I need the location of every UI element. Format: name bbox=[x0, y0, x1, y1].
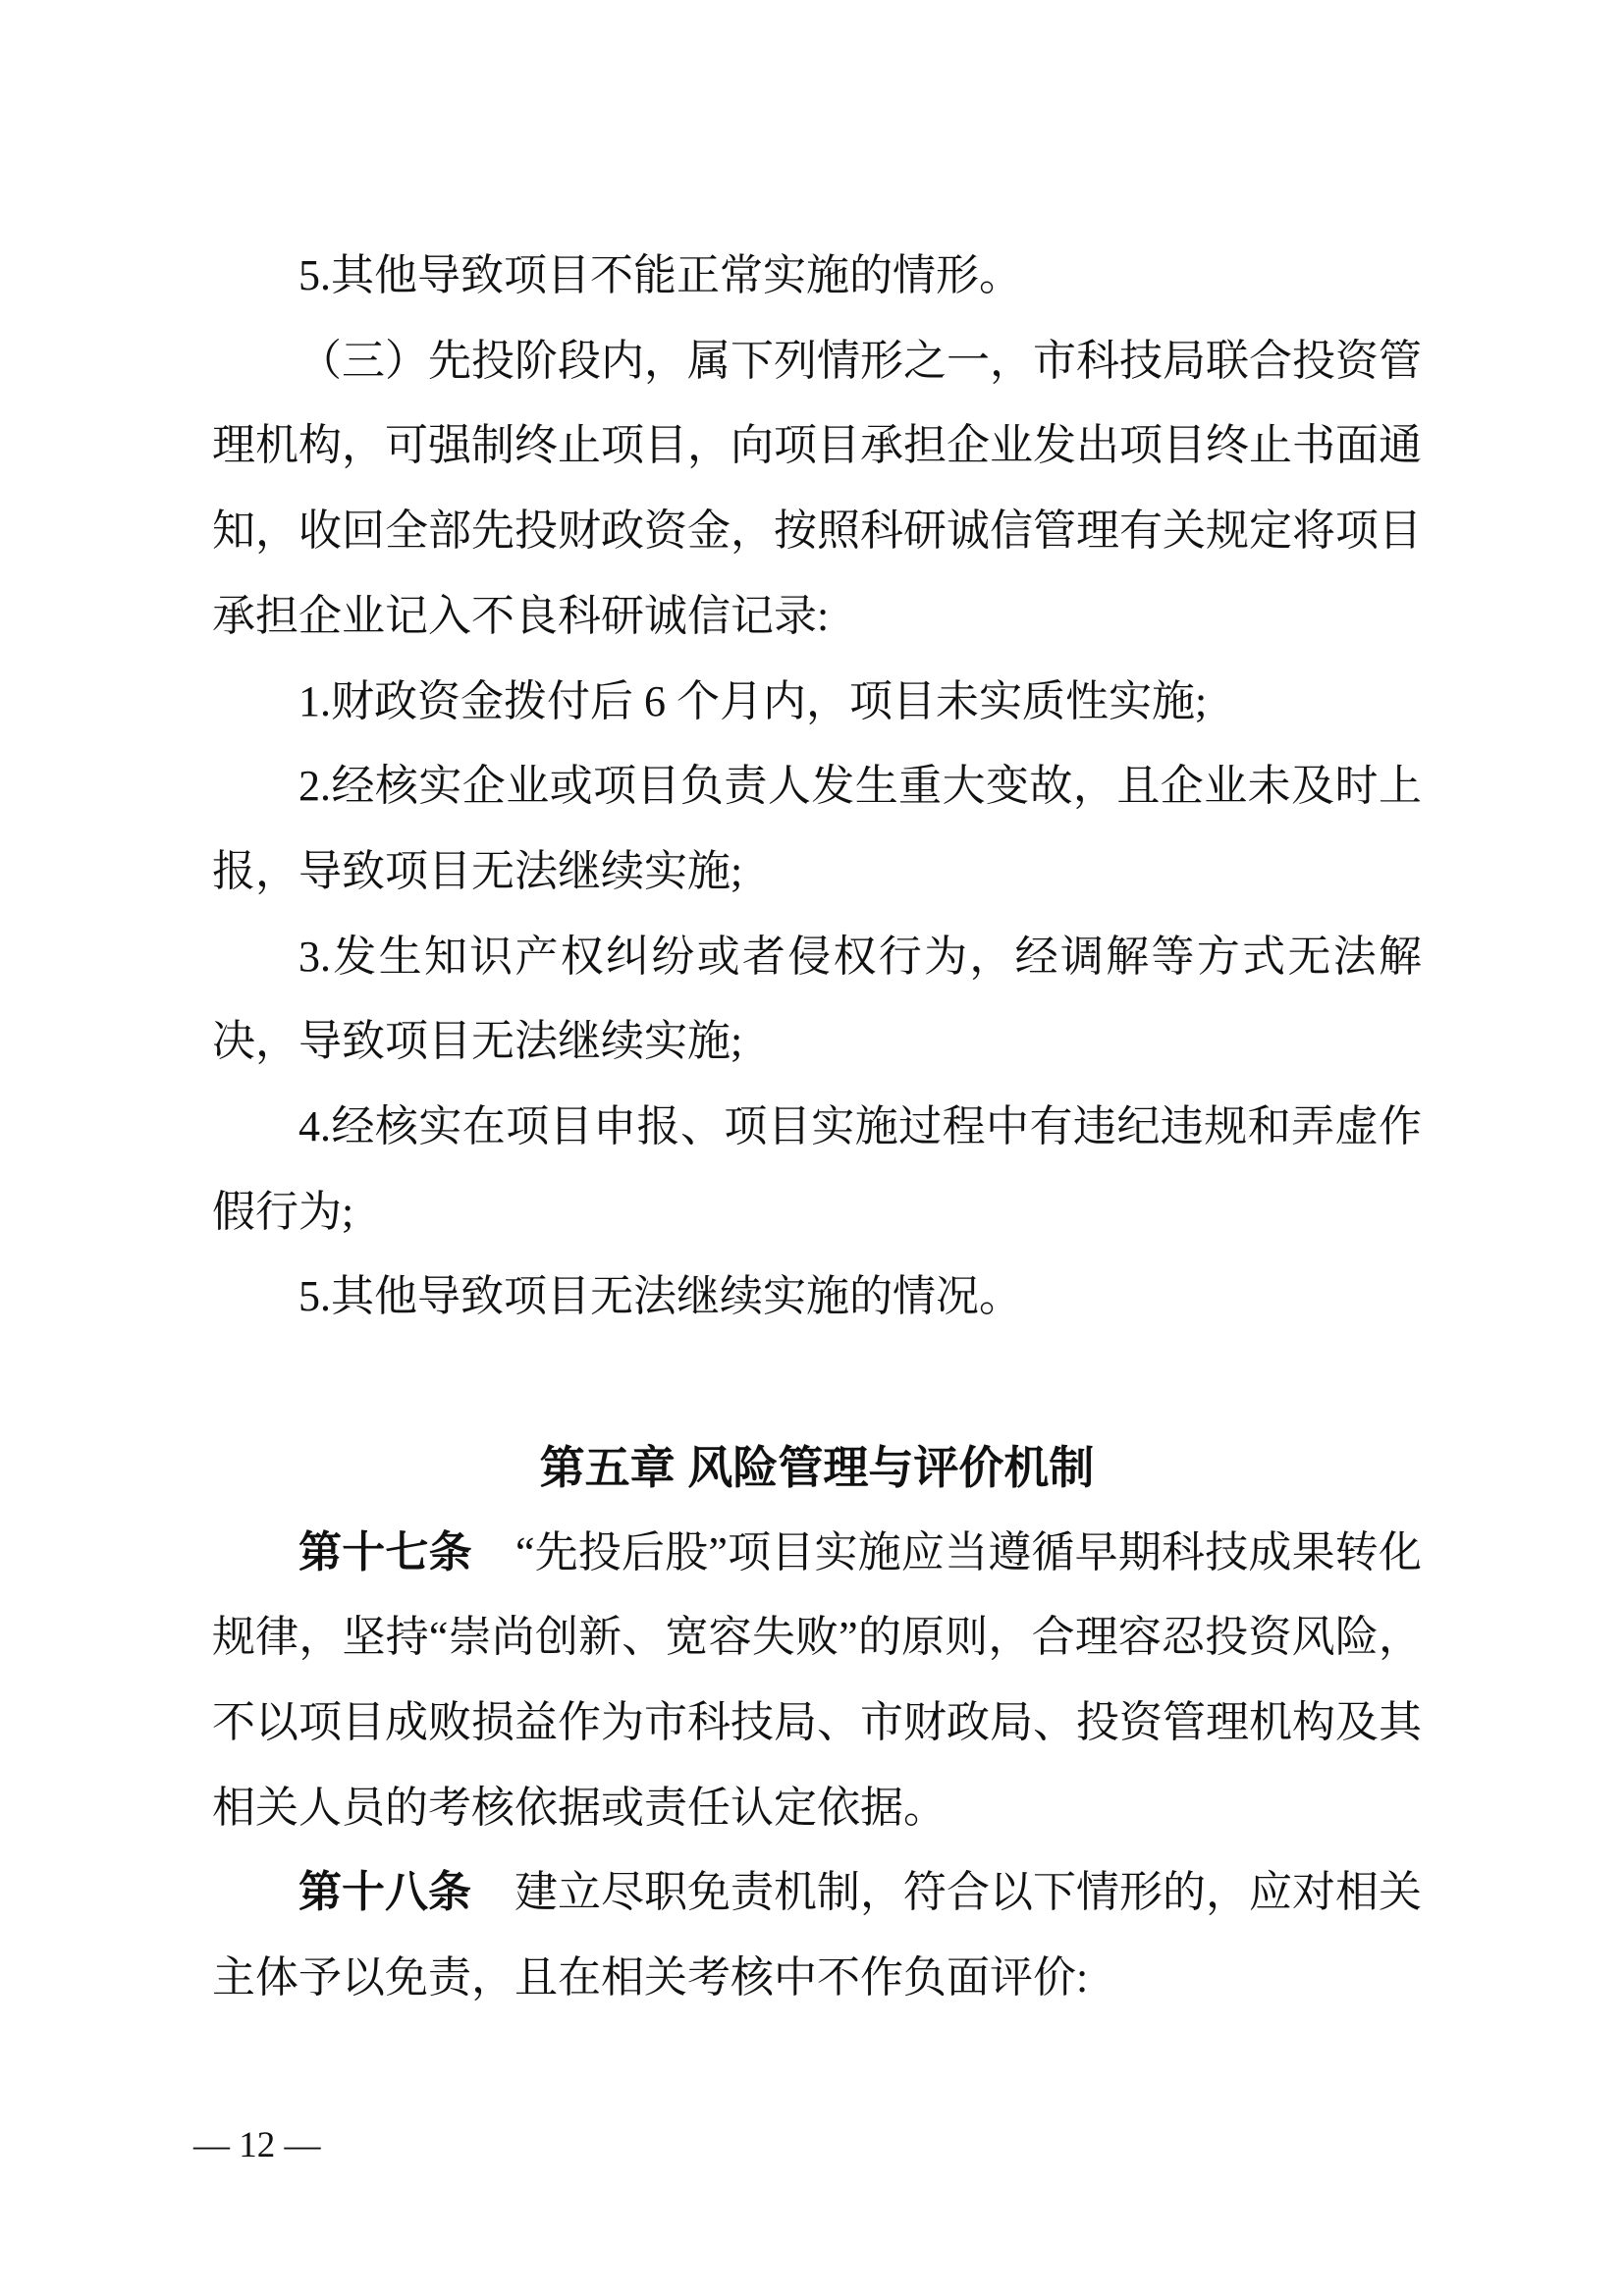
clause-text: 3.发生知识产权纠纷或者侵权行为，经调解等方式无法解决，导致项目无法继续实施; bbox=[212, 933, 1422, 1066]
clause-item: 2.经核实企业或项目负责人发生重大变故，且企业未及时上报，导致项目无法继续实施; bbox=[212, 744, 1422, 914]
clause-text: 4.经核实在项目申报、项目实施过程中有违纪违规和弄虚作假行为; bbox=[212, 1102, 1422, 1236]
article-number: 第十八条 bbox=[298, 1868, 471, 1916]
clause-text: 1.财政资金拨付后 6 个月内，项目未实质性实施; bbox=[298, 677, 1207, 725]
clause-text: 5.其他导致项目无法继续实施的情况。 bbox=[298, 1272, 1022, 1320]
article-paragraph: 第十八条 建立尽职免责机制，符合以下情形的，应对相关主体予以免责，且在相关考核中… bbox=[212, 1850, 1422, 2020]
clause-text: 2.经核实企业或项目负责人发生重大变故，且企业未及时上报，导致项目无法继续实施; bbox=[212, 762, 1422, 895]
document-body: 5.其他导致项目不能正常实施的情形。 （三）先投阶段内，属下列情形之一，市科技局… bbox=[212, 234, 1422, 2021]
page-number: — 12 — bbox=[193, 2122, 321, 2169]
clause-text: （三）先投阶段内，属下列情形之一，市科技局联合投资管理机构，可强制终止项目，向项… bbox=[212, 337, 1422, 640]
clause-item: 4.经核实在项目申报、项目实施过程中有违纪违规和弄虚作假行为; bbox=[212, 1085, 1422, 1255]
article-paragraph: 第十七条 “先投后股”项目实施应当遵循早期科技成果转化规律，坚持“崇尚创新、宽容… bbox=[212, 1511, 1422, 1851]
clause-item: 5.其他导致项目无法继续实施的情况。 bbox=[212, 1255, 1422, 1340]
clause-item: 1.财政资金拨付后 6 个月内，项目未实质性实施; bbox=[212, 660, 1422, 745]
article-number: 第十七条 bbox=[298, 1528, 472, 1576]
chapter-heading: 第五章 风险管理与评价机制 bbox=[212, 1425, 1422, 1511]
document-page: 5.其他导致项目不能正常实施的情形。 （三）先投阶段内，属下列情形之一，市科技局… bbox=[0, 0, 1624, 2296]
clause-item: 5.其他导致项目不能正常实施的情形。 bbox=[212, 234, 1422, 319]
clause-text: 5.其他导致项目不能正常实施的情形。 bbox=[298, 251, 1022, 299]
clause-item: 3.发生知识产权纠纷或者侵权行为，经调解等方式无法解决，导致项目无法继续实施; bbox=[212, 915, 1422, 1085]
clause-item: （三）先投阶段内，属下列情形之一，市科技局联合投资管理机构，可强制终止项目，向项… bbox=[212, 319, 1422, 660]
